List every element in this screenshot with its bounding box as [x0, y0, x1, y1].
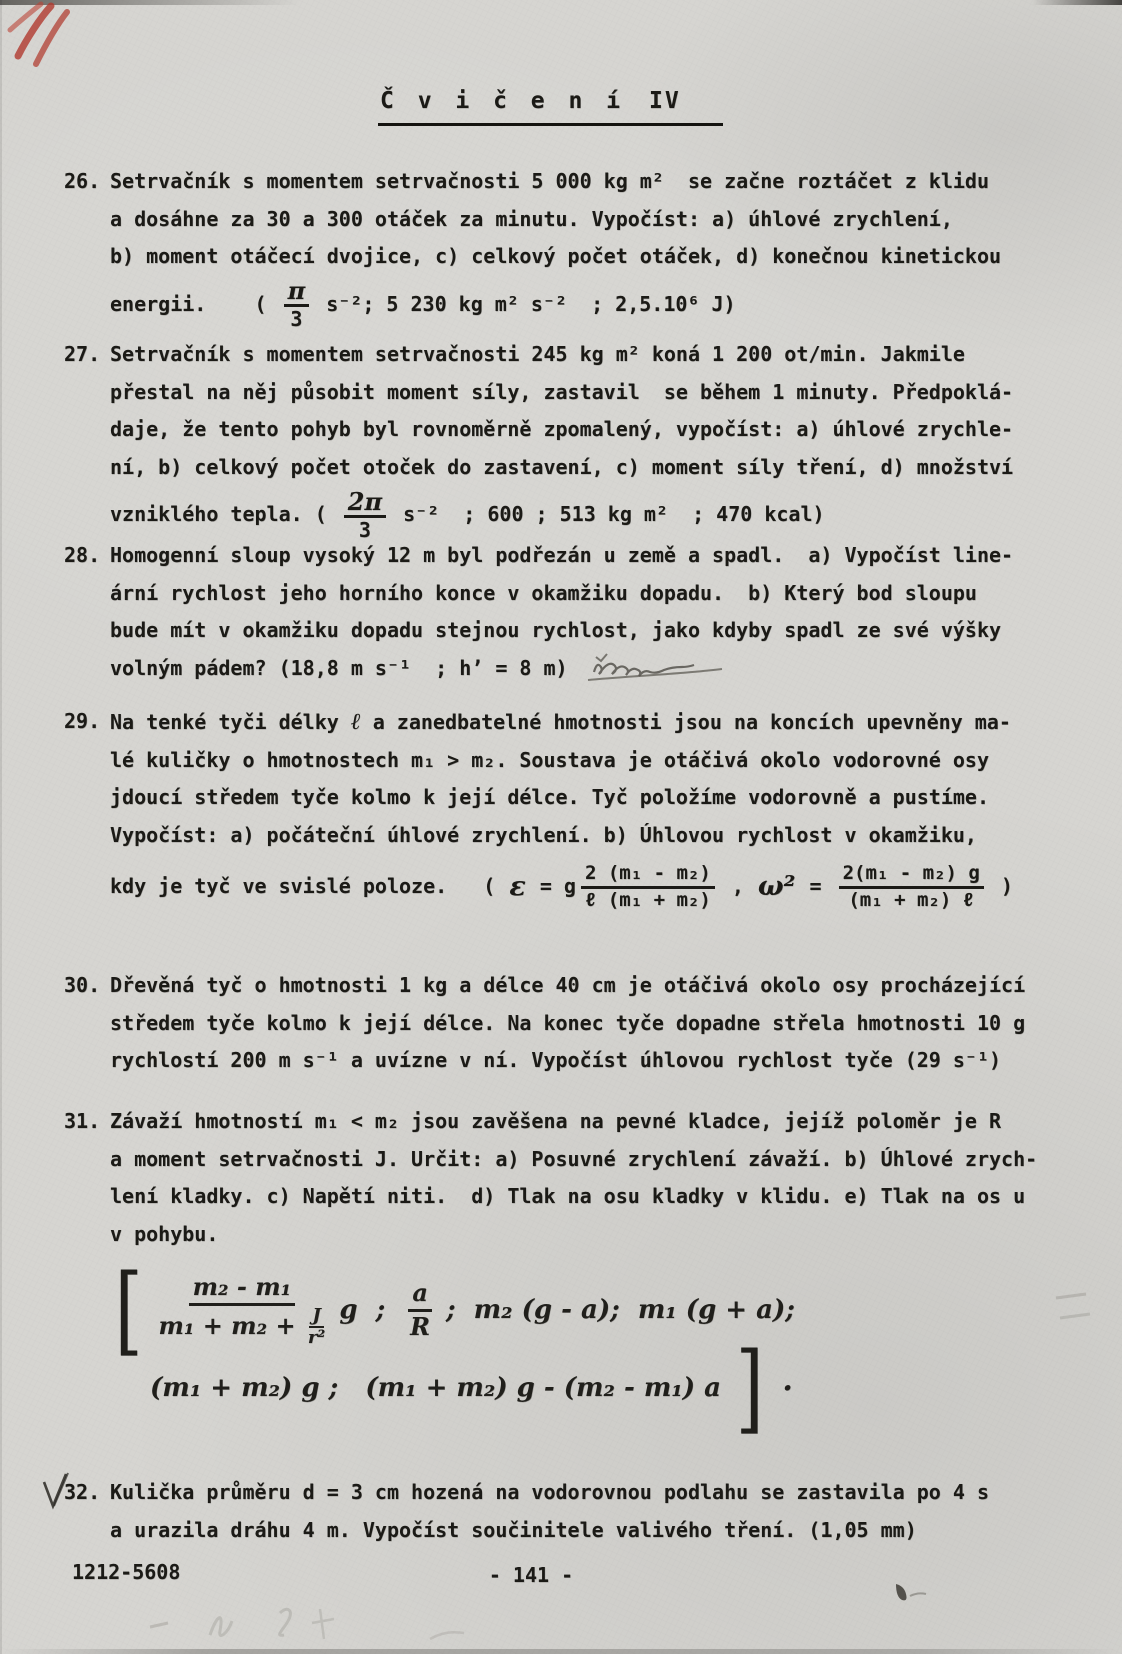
formula-text: = g: [528, 868, 576, 906]
problem-line: v pohybu.: [110, 1216, 1086, 1254]
fraction-denominator: (m₁ + m₂) ℓ: [848, 889, 974, 912]
handwritten-fraction: m₂ - m₁m₁ + m₂ + Jr²: [158, 1273, 325, 1348]
pencil-ghost-marks: [130, 1595, 490, 1650]
fraction-numerator: 2 (m₁ - m₂): [581, 863, 715, 889]
fraction-denominator: 3: [290, 307, 302, 330]
problem-line: lé kuličky o hmotnostech m₁ > m₂. Sousta…: [110, 742, 1086, 780]
scanned-textbook-page: Č v i č e n íIV 26. Setrvačník s momente…: [0, 0, 1122, 1654]
epsilon-symbol: ε: [509, 868, 525, 906]
trailing-dot: ·: [782, 1370, 792, 1408]
answer-fraction: 2π3: [344, 490, 386, 541]
problem-text: a zanedbatelné hmotnosti jsou na koncích…: [361, 710, 1011, 734]
problem-line: ární rychlost jeho horního konce v okamž…: [110, 575, 1086, 613]
problem-line: Homogenní sloup vysoký 12 m byl podřezán…: [110, 537, 1086, 575]
answer-line: energii. ( π3 s⁻²; 5 230 kg m² s⁻² ; 2,5…: [110, 276, 1086, 334]
denominator-text: m₁ + m₂ +: [158, 1311, 303, 1340]
answer-fraction: π3: [284, 279, 310, 330]
answer-text: volným pádem? (18,8 m s⁻¹ ; h’ = 8 m): [110, 650, 580, 688]
handwritten-text: ;: [437, 1292, 465, 1330]
answer-text: s⁻²; 5 230 kg m² s⁻² ; 2,5.10⁶ J): [314, 286, 735, 324]
page-title-numeral: IV: [649, 88, 681, 114]
handwritten-line-1: [m₂ - m₁m₁ + m₂ + Jr² g ; aR ; m₂ (g - a…: [110, 1273, 1086, 1348]
scan-edge-top-right: [1032, 0, 1122, 5]
page-number: - 141 -: [0, 1563, 1122, 1587]
page-title: Č v i č e n íIV: [378, 88, 723, 126]
problem-line: daje, že tento pohyb byl rovnoměrně zpom…: [110, 411, 1086, 449]
problem-line: Setrvačník s momentem setrvačnosti 245 k…: [110, 336, 1086, 374]
fraction-denominator: R: [410, 1312, 430, 1342]
answer-line: vzniklého tepla. ( 2π3 s⁻² ; 600 ; 513 k…: [110, 486, 1086, 544]
formula-text: ): [989, 868, 1013, 906]
handwritten-text: g: [330, 1292, 357, 1330]
handwritten-text: ;: [358, 1292, 404, 1330]
problem-line: b) moment otáčecí dvojice, c) celkový po…: [110, 238, 1086, 276]
fraction-numerator: a: [408, 1279, 432, 1312]
problem-line: Setrvačník s momentem setrvačnosti 5 000…: [110, 163, 1086, 201]
answer-text: s⁻² ; 600 ; 513 kg m² ; 470 kcal): [391, 496, 824, 534]
problem-26: 26. Setrvačník s momentem setrvačnosti 5…: [64, 163, 1086, 334]
problem-number: 27.: [64, 336, 100, 374]
problem-line: Na tenké tyči délky ℓ a zanedbatelné hmo…: [110, 703, 1086, 742]
problem-line: středem tyče kolmo k její délce. Na kone…: [110, 1005, 1086, 1043]
problem-number: 31.: [64, 1103, 100, 1141]
omega-symbol: ω²: [758, 868, 796, 906]
problem-number: 30.: [64, 967, 100, 1005]
nested-fraction: Jr²: [308, 1307, 325, 1348]
problem-line: Kulička průměru d = 3 cm hozená na vodor…: [110, 1474, 1086, 1512]
problem-line: a moment setrvačnosti J. Určit: a) Posuv…: [110, 1141, 1086, 1179]
handwritten-text: m₂ (g - a); m₁ (g + a);: [465, 1292, 795, 1330]
problem-line: rychlostí 200 m s⁻¹ a uvízne v ní. Vypoč…: [110, 1042, 1086, 1080]
problem-line: Vypočíst: a) počáteční úhlové zrychlení.…: [110, 817, 1086, 855]
problem-line: lení kladky. c) Napětí niti. d) Tlak na …: [110, 1178, 1086, 1216]
problem-number: 32.: [64, 1474, 100, 1512]
formula-fraction: 2 (m₁ - m₂)ℓ (m₁ + m₂): [581, 863, 715, 912]
problem-line: a dosáhne za 30 a 300 otáček za minutu. …: [110, 201, 1086, 239]
problem-32: 32. Kulička průměru d = 3 cm hozená na v…: [64, 1474, 1086, 1549]
problem-line: a urazila dráhu 4 m. Vypočíst součinitel…: [110, 1512, 1086, 1550]
ink-smudge: [890, 1578, 930, 1604]
problem-31: 31. Závaží hmotností m₁ < m₂ jsou zavěše…: [64, 1103, 1086, 1407]
handwritten-solution-block: [m₂ - m₁m₁ + m₂ + Jr² g ; aR ; m₂ (g - a…: [110, 1273, 1086, 1407]
formula-fraction: 2(m₁ - m₂) g(m₁ + m₂) ℓ: [839, 863, 984, 912]
script-ell: ℓ: [351, 708, 361, 735]
handwritten-text: (m₁ + m₂) g ; (m₁ + m₂) g - (m₂ - m₁) a: [150, 1370, 721, 1408]
formula-text: =: [797, 868, 833, 906]
handwritten-note-squiggle: [586, 652, 738, 684]
answer-text: vzniklého tepla. (: [110, 496, 339, 534]
answer-text: energii. (: [110, 286, 279, 324]
problem-28: 28. Homogenní sloup vysoký 12 m byl podř…: [64, 537, 1086, 687]
problem-line: přestal na něj působit moment síly, zast…: [110, 374, 1086, 412]
handwritten-fraction: aR: [408, 1279, 432, 1342]
fraction-denominator: r²: [308, 1328, 325, 1348]
fraction-denominator: m₁ + m₂ + Jr²: [158, 1306, 325, 1348]
problem-text: Na tenké tyči délky: [110, 710, 351, 734]
problem-line: Dřevěná tyč o hmotnosti 1 kg a délce 40 …: [110, 967, 1086, 1005]
problem-line: Závaží hmotností m₁ < m₂ jsou zavěšena n…: [110, 1103, 1086, 1141]
formula-text: ,: [720, 868, 756, 906]
problem-number: 28.: [64, 537, 100, 575]
formula-text: kdy je tyč ve svislé poloze. (: [110, 868, 507, 906]
fraction-denominator: ℓ (m₁ + m₂): [585, 889, 711, 912]
answer-formula-line: kdy je tyč ve svislé poloze. ( ε = g2 (m…: [110, 854, 1086, 920]
problem-line: jdoucí středem tyče kolmo k její délce. …: [110, 779, 1086, 817]
problem-line: ní, b) celkový počet otoček do zastavení…: [110, 449, 1086, 487]
problem-line: bude mít v okamžiku dopadu stejnou rychl…: [110, 612, 1086, 650]
problem-number: 29.: [64, 703, 100, 741]
fraction-numerator: m₂ - m₁: [189, 1273, 295, 1306]
scan-edge-left: [0, 0, 2, 1654]
answer-line: volným pádem? (18,8 m s⁻¹ ; h’ = 8 m): [110, 650, 1086, 688]
fraction-numerator: 2π: [344, 490, 386, 518]
margin-pencil-dashes: [1050, 1290, 1110, 1340]
fraction-numerator: π: [284, 279, 310, 307]
problem-29: 29. Na tenké tyči délky ℓ a zanedbatelné…: [64, 703, 1086, 920]
problem-30: 30. Dřevěná tyč o hmotnosti 1 kg a délce…: [64, 967, 1086, 1080]
problem-number: 26.: [64, 163, 100, 201]
page-title-text: Č v i č e n í: [380, 88, 625, 114]
fraction-numerator: J: [309, 1307, 324, 1328]
fraction-numerator: 2(m₁ - m₂) g: [839, 863, 984, 889]
red-pencil-scribble: [6, 0, 78, 76]
handwritten-line-2: (m₁ + m₂) g ; (m₁ + m₂) g - (m₂ - m₁) a]…: [150, 1370, 1086, 1408]
problem-27: 27. Setrvačník s momentem setrvačnosti 2…: [64, 336, 1086, 544]
